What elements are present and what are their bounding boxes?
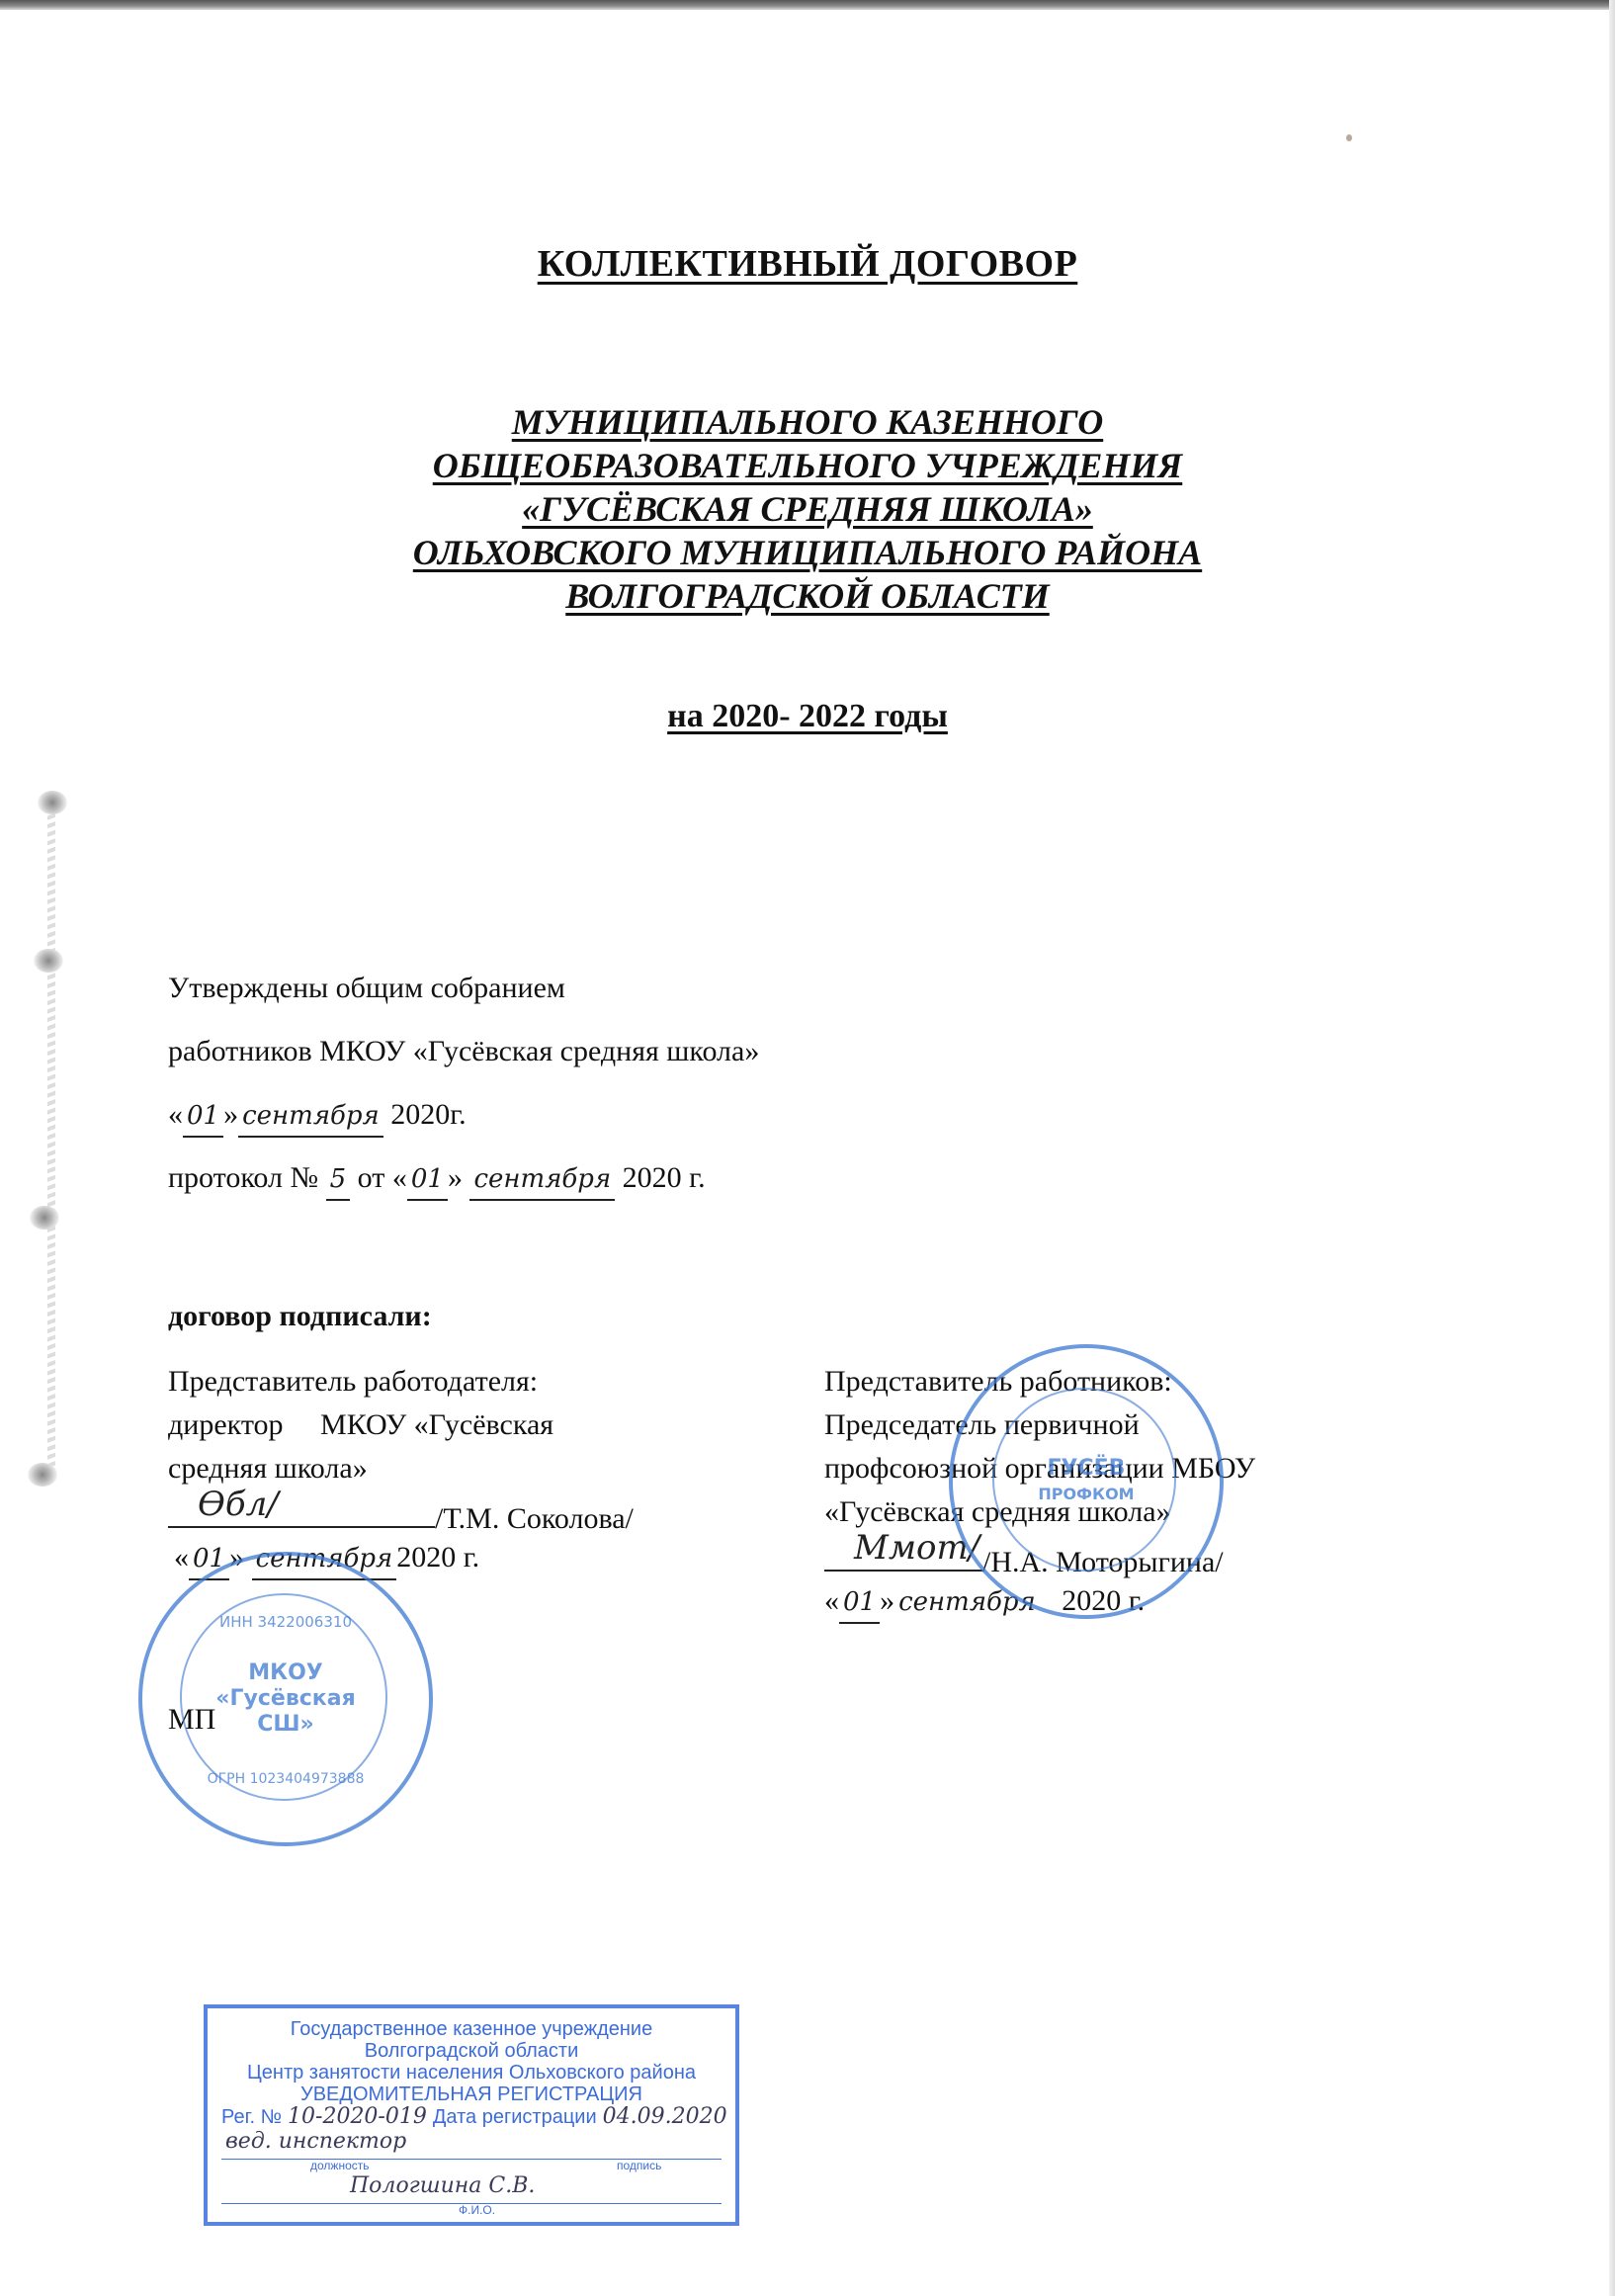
school-seal-stamp: ИНН 3422006310 МКОУ «Гусёвская СШ» ОГРН … <box>138 1552 433 1846</box>
approval-date: «01»сентября 2020г. <box>168 1095 467 1138</box>
handwritten-day: 01 <box>407 1159 448 1201</box>
employer-role: Представитель работодателя: <box>168 1362 538 1402</box>
binding-knot <box>30 1206 59 1230</box>
handwritten-signature: Ѳбл/ <box>198 1485 279 1524</box>
seal-ogrn: ОГРН 1023404973888 <box>142 1771 429 1787</box>
scan-edge-top <box>0 0 1615 10</box>
handwritten-day: 01 <box>839 1582 880 1624</box>
seal-inn: ИНН 3422006310 <box>142 1613 429 1631</box>
handwritten-month: сентября <box>238 1096 383 1138</box>
handwritten-day: 01 <box>183 1096 223 1138</box>
reg-fio-field: Пологшина С.В. Ф.И.О. <box>221 2173 722 2204</box>
handwritten-fio: Пологшина С.В. <box>350 2173 535 2198</box>
scan-edge-right <box>1609 0 1615 2296</box>
handwritten-month: сентября <box>469 1159 615 1201</box>
signatures-heading: договор подписали: <box>168 1297 432 1336</box>
paper-speck <box>1346 134 1352 141</box>
document-title: КОЛЛЕКТИВНЫЙ ДОГОВОР <box>0 242 1615 286</box>
org-line: «ГУСЁВСКАЯ СРЕДНЯЯ ШКОЛА» <box>522 487 1093 531</box>
union-seal-stamp: ГУСЁВ ПРОФКОМ <box>949 1344 1224 1619</box>
employer-name: /Т.М. Соколова/ <box>435 1502 634 1535</box>
seal-center-text: МКОУ «Гусёвская СШ» <box>215 1660 355 1738</box>
signature-field: Ммот/ <box>824 1538 982 1572</box>
binding-thread <box>47 791 55 1483</box>
binding-knot <box>28 1463 57 1487</box>
signature-field: Ѳбл/ <box>168 1494 435 1528</box>
period: на 2020- 2022 годы <box>0 698 1615 735</box>
protocol-line: протокол № 5 от «01» сентября 2020 г. <box>168 1158 706 1201</box>
binding-knot <box>34 949 63 973</box>
reg-line-4: УВЕДОМИТЕЛЬНАЯ РЕГИСТРАЦИЯ <box>208 2083 735 2105</box>
org-line: ОБЩЕОБРАЗОВАТЕЛЬНОГО УЧРЕЖДЕНИЯ <box>433 444 1182 487</box>
handwritten-reg-date: 04.09.2020 <box>603 2105 727 2129</box>
reg-line-3: Центр занятости населения Ольховского ра… <box>208 2062 735 2083</box>
org-line: ОЛЬХОВСКОГО МУНИЦИПАЛЬНОГО РАЙОНА <box>413 531 1202 574</box>
organization-name: МУНИЦИПАЛЬНОГО КАЗЕННОГО ОБЩЕОБРАЗОВАТЕЛ… <box>0 400 1615 618</box>
reg-number-row: Рег. № 10-2020-019 Дата регистрации 04.0… <box>208 2105 735 2129</box>
handwritten-protocol-number: 5 <box>326 1159 351 1201</box>
approval-line-2: работников МКОУ «Гусёвская средняя школа… <box>168 1032 759 1071</box>
registration-stamp: Государственное казенное учреждение Волг… <box>204 2004 739 2226</box>
reg-line-1: Государственное казенное учреждение <box>208 2018 735 2040</box>
reg-line-2: Волгоградской области <box>208 2040 735 2062</box>
employer-signature-line: Ѳбл//Т.М. Соколова/ <box>168 1494 634 1539</box>
handwritten-position: вед. инспектор <box>225 2129 406 2154</box>
org-line: МУНИЦИПАЛЬНОГО КАЗЕННОГО <box>512 400 1103 444</box>
approval-line-1: Утверждены общим собранием <box>168 969 565 1008</box>
binding-knot <box>38 791 67 814</box>
org-line: ВОЛГОГРАДСКОЙ ОБЛАСТИ <box>565 574 1050 618</box>
employer-position: директор МКОУ «Гусёвская <box>168 1405 553 1445</box>
handwritten-reg-number: 10-2020-019 <box>288 2105 427 2129</box>
seal-center-text: ГУСЁВ ПРОФКОМ <box>1038 1456 1134 1507</box>
reg-position-field: вед. инспектор должность подпись <box>221 2129 722 2160</box>
employer-position-2: средняя школа» <box>168 1449 368 1488</box>
